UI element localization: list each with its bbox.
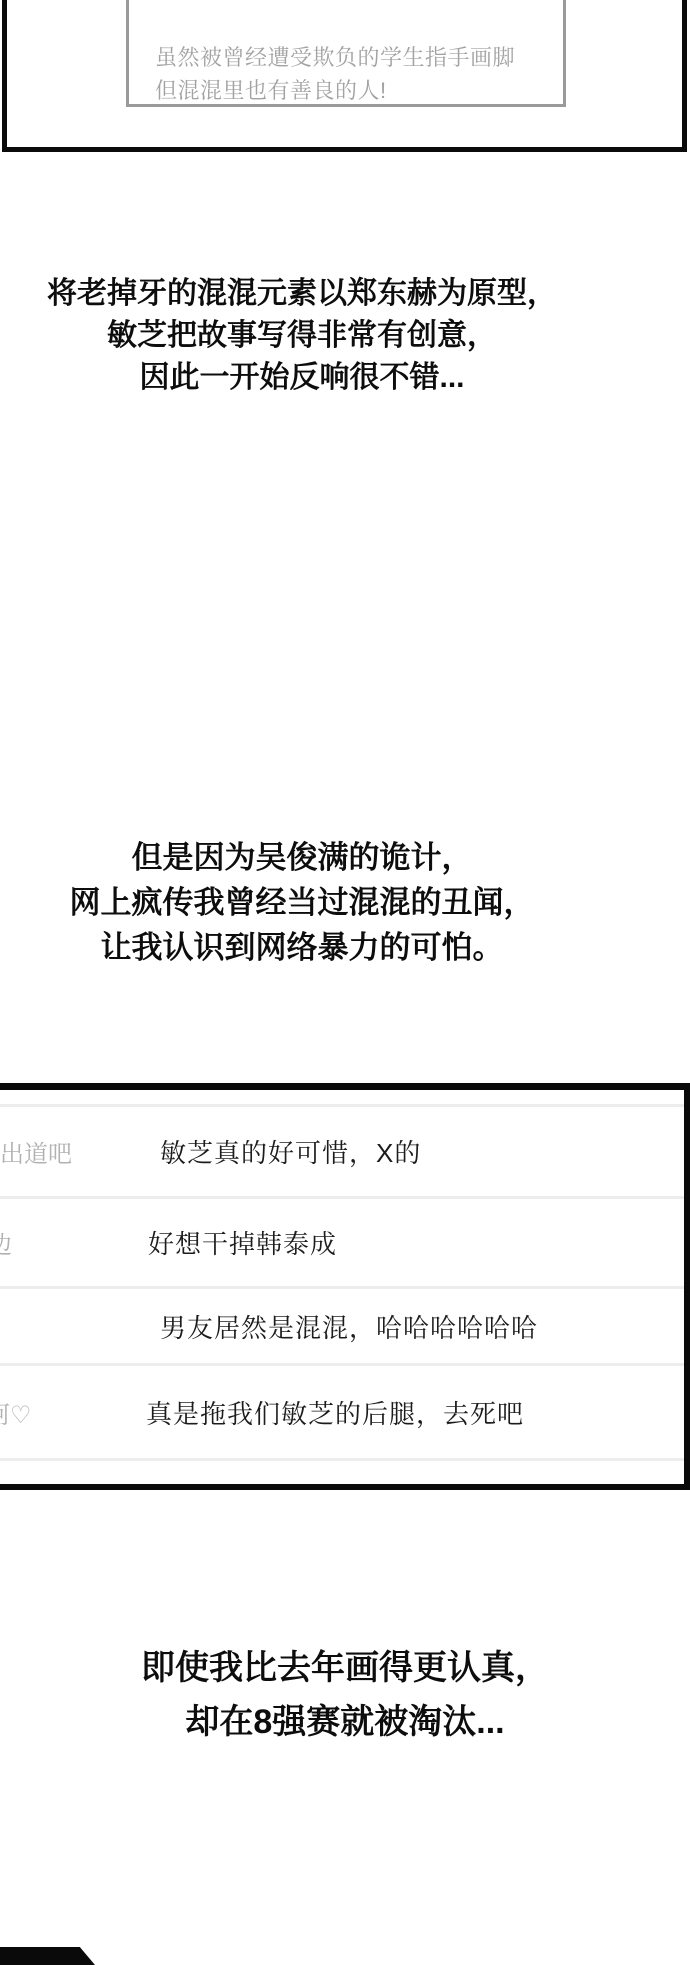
speech-bubble-text: 虽然被曾经遭受欺负的学生指手画脚 但混混里也有善良的人! [155,41,515,107]
narration-3-line-2: 却在8强赛就被淘汰... [0,1695,690,1749]
speech-bubble: 虽然被曾经遭受欺负的学生指手画脚 但混混里也有善良的人! [126,0,566,107]
webtoon-page: 虽然被曾经遭受欺负的学生指手画脚 但混混里也有善良的人! 将老掉牙的混混元素以郑… [0,0,690,1965]
narration-1-line-1: 将老掉牙的混混元素以郑东赫为原型， [0,273,604,315]
narration-2-line-1: 但是因为吴俊满的诡计， [0,835,604,880]
comment-text: 真是拖我们敏芝的后腿，去死吧 [146,1394,524,1431]
comic-panel-top: 虽然被曾经遭受欺负的学生指手画脚 但混混里也有善良的人! [2,0,687,152]
comments-table-top-spacer [0,1090,684,1104]
speech-line-1: 虽然被曾经遭受欺负的学生指手画脚 [155,41,515,74]
comment-text: 好想干掉韩泰成 [148,1224,337,1261]
narration-block-2: 但是因为吴俊满的诡计， 网上疯传我曾经当过混混的丑闻， 让我认识到网络暴力的可怕… [0,835,604,970]
comment-row: 边 好想干掉韩泰成 [0,1196,684,1286]
comment-row: 男友居然是混混，哈哈哈哈哈哈 [0,1286,684,1363]
comments-table: 出道吧 敏芝真的好可惜，X的 边 好想干掉韩泰成 男友居然是混混，哈哈哈哈哈哈 … [0,1083,690,1490]
narration-3-line-1: 即使我比去年画得更认真， [0,1641,690,1695]
comment-user: 阿♡ [0,1395,146,1430]
comments-table-bottom-spacer [0,1458,684,1484]
comment-user: 出道吧 [0,1134,160,1169]
narration-2-line-2: 网上疯传我曾经当过混混的丑闻， [0,880,604,925]
narration-2-line-3: 让我认识到网络暴力的可怕。 [0,925,604,970]
comment-text: 敏芝真的好可惜，X的 [160,1133,421,1170]
next-panel-corner [0,1947,95,1965]
speech-line-2: 但混混里也有善良的人! [155,74,515,107]
narration-block-3: 即使我比去年画得更认真， 却在8强赛就被淘汰... [0,1641,690,1749]
comment-text: 男友居然是混混，哈哈哈哈哈哈 [160,1308,538,1345]
narration-block-1: 将老掉牙的混混元素以郑东赫为原型， 敏芝把故事写得非常有创意， 因此一开始反响很… [0,273,604,399]
comment-row: 阿♡ 真是拖我们敏芝的后腿，去死吧 [0,1363,684,1458]
comment-user: 边 [0,1225,148,1260]
narration-1-line-2: 敏芝把故事写得非常有创意， [0,315,604,357]
comment-row: 出道吧 敏芝真的好可惜，X的 [0,1104,684,1196]
narration-1-line-3: 因此一开始反响很不错... [0,357,604,399]
